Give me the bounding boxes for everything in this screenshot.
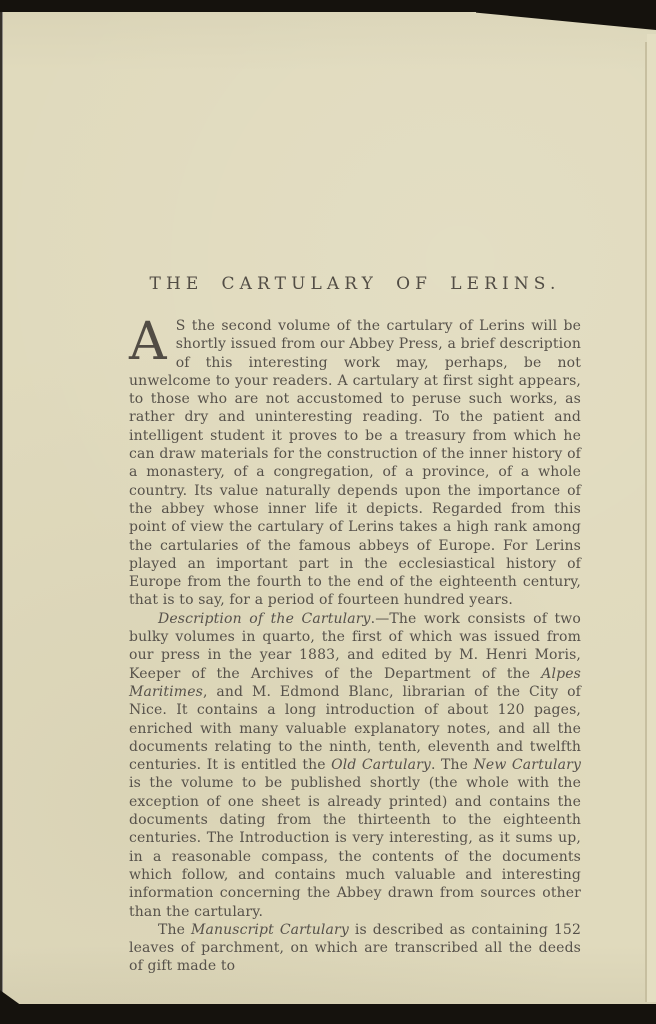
scanned-book-photo: { "article": { "title": "THE CARTULARY O… xyxy=(0,0,656,1024)
paragraph: AS the second volume of the cartulary of… xyxy=(129,317,581,610)
text-run: S the second volume of the cartulary of … xyxy=(129,318,581,608)
next-page-edge-strip xyxy=(647,34,656,1002)
italic-text-run: Old Cartulary xyxy=(331,757,431,773)
page-content: THE CARTULARY OF LERINS. AS the second v… xyxy=(129,274,581,976)
paragraph: Description of the Cartulary.—The work c… xyxy=(129,610,581,921)
book-page: THE CARTULARY OF LERINS. AS the second v… xyxy=(3,12,656,1004)
dropcap-letter: A xyxy=(129,320,167,368)
italic-text-run: Manuscript Cartulary xyxy=(191,922,349,938)
paragraph: The Manuscript Cartulary is described as… xyxy=(129,921,581,976)
article-title: THE CARTULARY OF LERINS. xyxy=(129,274,581,294)
text-run: The xyxy=(158,922,191,938)
italic-text-run: Description of the Cartulary xyxy=(158,611,371,627)
page-right-edge-line xyxy=(645,42,647,1002)
italic-text-run: New Cartulary xyxy=(474,757,581,773)
article-body: AS the second volume of the cartulary of… xyxy=(129,317,581,976)
text-run: . The xyxy=(431,757,474,773)
text-run: is the volume to be published shortly (t… xyxy=(129,775,581,919)
